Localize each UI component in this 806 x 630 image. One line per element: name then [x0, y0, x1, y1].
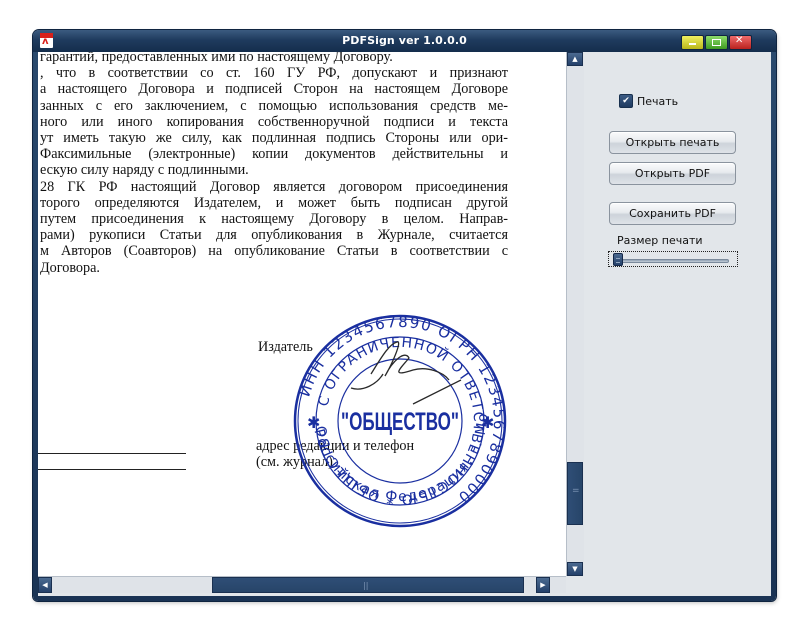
minimize-button[interactable] — [681, 35, 704, 50]
window-title: PDFSign ver 1.0.0.0 — [33, 34, 776, 47]
document-line: , что в соответствии со ст. 160 ГУ РФ, д… — [40, 65, 508, 81]
control-panel: ✔ Печать Открыть печать Открыть PDF Сохр… — [584, 52, 771, 596]
document-line: торого определяются Издателем, и может б… — [40, 195, 508, 211]
stamp-size-label: Размер печати — [617, 234, 703, 247]
document-line: рами) рукописи Статьи для опубликования … — [40, 227, 508, 243]
print-checkbox[interactable]: ✔ Печать — [619, 94, 678, 108]
document-line: а настоящего Договора и подписей Сторон … — [40, 81, 508, 97]
document-line: занных с его заключением, с помощью испо… — [40, 98, 508, 114]
vertical-scrollbar[interactable]: ▲ ▼ — [566, 52, 584, 576]
pdf-viewer[interactable]: гарантий, предоставленных ими по настоящ… — [38, 52, 567, 576]
print-checkbox-label: Печать — [637, 95, 678, 108]
document-line: ут иметь такую же силу, как подлинная по… — [40, 130, 508, 146]
open-pdf-button[interactable]: Открыть PDF — [609, 162, 736, 185]
checkmark-icon[interactable]: ✔ — [619, 94, 633, 108]
vertical-scroll-thumb[interactable] — [567, 462, 583, 525]
app-window: ᴧ PDFSign ver 1.0.0.0 гарантий, предоста… — [33, 30, 776, 601]
signature-line — [38, 453, 186, 454]
svg-text:"ОБЩЕСТВО": "ОБЩЕСТВО" — [341, 408, 459, 436]
close-button[interactable] — [729, 35, 752, 50]
document-line: ескую силу наряду с подлинными. — [40, 162, 249, 178]
save-pdf-button[interactable]: Сохранить PDF — [609, 202, 736, 225]
scroll-left-button[interactable]: ◀ — [38, 577, 52, 593]
document-line: м Авторов (Соавторов) на опубликование С… — [40, 243, 508, 259]
document-line: 28 ГК РФ настоящий Договор является дого… — [40, 179, 508, 195]
document-line: гарантий, предоставленных ими по настоящ… — [40, 52, 393, 65]
maximize-button[interactable] — [705, 35, 728, 50]
horizontal-scroll-thumb[interactable] — [212, 577, 524, 593]
title-bar[interactable]: ᴧ PDFSign ver 1.0.0.0 — [33, 30, 776, 52]
horizontal-scrollbar[interactable]: ◀ ▶ — [38, 576, 566, 593]
document-line: путем присоединения к настоящему Договор… — [40, 211, 508, 227]
slider-thumb[interactable] — [613, 253, 623, 266]
stamp-size-slider[interactable] — [608, 251, 738, 267]
scroll-down-button[interactable]: ▼ — [567, 562, 583, 576]
svg-text:✱: ✱ — [307, 413, 320, 432]
company-stamp-image[interactable]: ИНН 1234567890 ОГРН 1234567890000 С ОГРА… — [293, 314, 507, 528]
client-area: гарантий, предоставленных ими по настоящ… — [38, 52, 771, 596]
document-line: Факсимильные (электронные) копии докумен… — [40, 146, 508, 162]
scrollbar-corner — [566, 576, 583, 592]
scroll-right-button[interactable]: ▶ — [536, 577, 550, 593]
svg-text:✱: ✱ — [481, 413, 494, 432]
open-stamp-button[interactable]: Открыть печать — [609, 131, 736, 154]
signature-line — [38, 469, 186, 470]
document-line: Договора. — [40, 260, 100, 276]
slider-track — [617, 259, 729, 263]
scroll-up-button[interactable]: ▲ — [567, 52, 583, 66]
document-line: ного или иного копирования собственноруч… — [40, 114, 508, 130]
